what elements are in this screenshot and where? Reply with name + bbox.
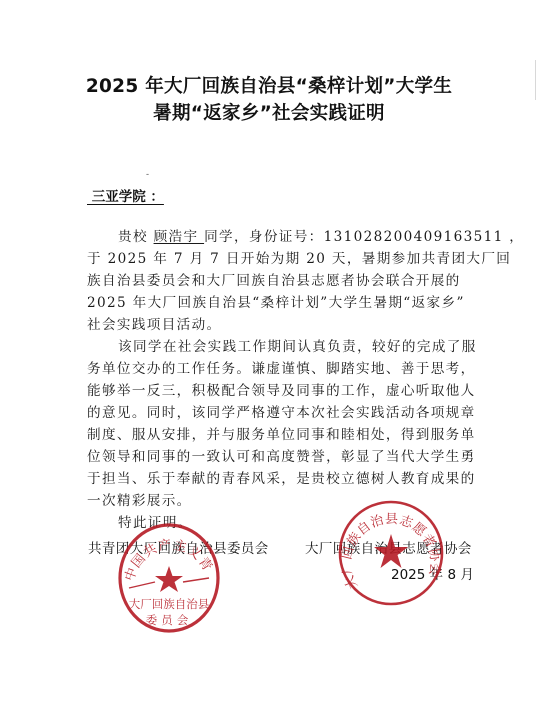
body-prefix: 贵校 xyxy=(118,229,154,245)
signature-left-org: 共青团大厂回族自治县委员会 xyxy=(88,540,269,558)
body-line: 2025 年大厂回族自治县“桑梓计划”大学生暑期“返家乡” xyxy=(87,292,467,314)
student-name: 顾浩宇 xyxy=(154,229,205,245)
body-line: 能够举一反三，积极配合领导及同事的工作，虚心听取他人 xyxy=(87,380,467,402)
body-line: 于 2025 年 7 月 7 日开始为期 20 天，暑期参加共青团大厂回 xyxy=(87,248,467,270)
signature-date: 2025 年 8 月 xyxy=(391,566,474,584)
seal-inner-text-2: 委员会 xyxy=(146,613,193,627)
body-line: 贵校 顾浩宇 同学，身份证号：131028200409163511 ， xyxy=(87,226,467,248)
body-line: 该同学在社会实践工作期间认真负责，较好的完成了服 xyxy=(87,336,467,358)
salutation-recipient: 三亚学院 ： xyxy=(87,188,164,206)
body-line: 的意见。同时，该同学严格遵守本次社会实践活动各项规章 xyxy=(87,402,467,424)
body-line: 务单位交办的工作任务。谦虚谨慎、脚踏实地、善于思考， xyxy=(87,358,467,380)
body-line: 位领导和同事的一致认可和高度赞誉，彰显了当代大学生勇 xyxy=(87,446,467,468)
body-line: 于担当、乐于奉献的青春风采，是贵校立德树人教育成果的 xyxy=(87,468,467,490)
certificate-body: 贵校 顾浩宇 同学，身份证号：131028200409163511 ， 于 20… xyxy=(87,226,467,534)
seal-inner-text-1: 大厂回族自治县 xyxy=(129,597,210,611)
closing-line: 特此证明。 xyxy=(87,512,467,534)
signature-right-org: 大厂回族自治县志愿者协会 xyxy=(305,540,472,558)
document-title-line2: 暑期“返家乡”社会实践证明 xyxy=(0,101,538,127)
body-line: 制度、服从安排，并与服务单位同事和睦相处，得到服务单 xyxy=(87,424,467,446)
stray-scan-mark: - xyxy=(146,170,149,180)
official-seal-youth-league: 中国共产主义青年团 大厂回族自治县 委员会 xyxy=(117,522,221,634)
id-text: 同学，身份证号：131028200409163511 ， xyxy=(204,229,524,245)
document-title-line1: 2025 年大厂回族自治县“桑梓计划”大学生 xyxy=(0,74,538,100)
star-icon xyxy=(155,566,183,592)
body-line: 一次精彩展示。 xyxy=(87,490,467,512)
body-line: 社会实践项目活动。 xyxy=(87,314,467,336)
body-line: 族自治县委员会和大厂回族自治县志愿者协会联合开展的 xyxy=(87,270,467,292)
